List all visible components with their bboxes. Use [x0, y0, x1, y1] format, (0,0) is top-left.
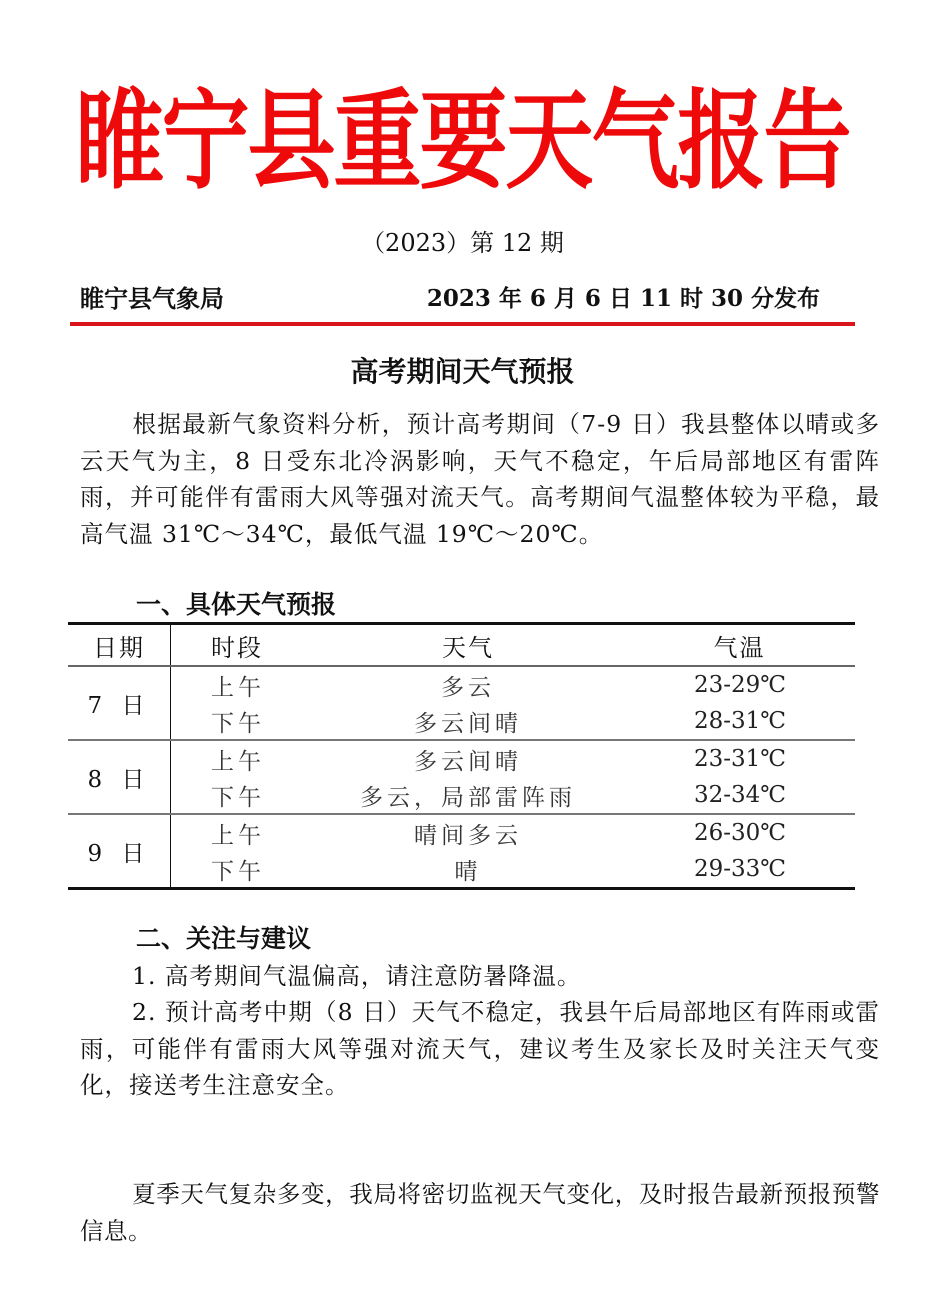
col-header-weather: 天气 [331, 624, 605, 667]
period-cell: 下午 [171, 851, 332, 889]
report-subtitle: 高考期间天气预报 [0, 352, 925, 392]
weather-cell: 多云，局部雷阵雨 [331, 777, 605, 814]
table-row: 下午 多云间晴 28-31℃ [68, 703, 855, 740]
section1-heading: 一、具体天气预报 [136, 588, 336, 622]
table-row: 下午 晴 29-33℃ [68, 851, 855, 889]
col-header-date: 日期 [68, 624, 171, 667]
weather-cell: 多云 [331, 666, 605, 703]
period-cell: 上午 [171, 666, 332, 703]
weather-cell: 晴间多云 [331, 814, 605, 851]
date-cell: 8 日 [68, 740, 171, 814]
temp-cell: 32-34℃ [605, 777, 855, 814]
date-cell: 9 日 [68, 814, 171, 889]
advice-item-1: 1. 高考期间气温偏高，请注意防暑降温。 [80, 958, 880, 995]
temp-cell: 23-29℃ [605, 666, 855, 703]
issuer-name: 睢宁县气象局 [80, 282, 224, 316]
issue-number: （2023）第 12 期 [0, 226, 925, 260]
advice-text: 1. 高考期间气温偏高，请注意防暑降温。 [132, 962, 581, 990]
temp-cell: 26-30℃ [605, 814, 855, 851]
temp-cell: 23-31℃ [605, 740, 855, 777]
table-header-row: 日期 时段 天气 气温 [68, 624, 855, 667]
table-row: 9 日 上午 晴间多云 26-30℃ [68, 814, 855, 851]
col-header-temp: 气温 [605, 624, 855, 667]
period-cell: 下午 [171, 703, 332, 740]
period-cell: 上午 [171, 740, 332, 777]
summary-paragraph: 根据最新气象资料分析，预计高考期间（7-9 日）我县整体以晴或多云天气为主，8 … [80, 406, 880, 552]
date-cell: 7 日 [68, 666, 171, 740]
weather-cell: 晴 [331, 851, 605, 889]
section2-heading: 二、关注与建议 [136, 922, 311, 956]
header-divider [70, 322, 855, 326]
temp-cell: 28-31℃ [605, 703, 855, 740]
report-title: 睢宁县重要天气报告 [0, 62, 925, 221]
closing-paragraph: 夏季天气复杂多变，我局将密切监视天气变化，及时报告最新预报预警信息。 [80, 1176, 880, 1249]
publish-time: 2023 年 6 月 6 日 11 时 30 分发布 [427, 282, 820, 316]
weather-cell: 多云间晴 [331, 740, 605, 777]
period-cell: 下午 [171, 777, 332, 814]
summary-text: 根据最新气象资料分析，预计高考期间（7-9 日）我县整体以晴或多云天气为主，8 … [80, 410, 880, 548]
closing-text: 夏季天气复杂多变，我局将密切监视天气变化，及时报告最新预报预警信息。 [80, 1180, 880, 1245]
table-row: 8 日 上午 多云间晴 23-31℃ [68, 740, 855, 777]
period-cell: 上午 [171, 814, 332, 851]
forecast-table: 日期 时段 天气 气温 7 日 上午 多云 23-29℃ 下午 多云间晴 28-… [68, 622, 855, 890]
table-row: 下午 多云，局部雷阵雨 32-34℃ [68, 777, 855, 814]
table-row: 7 日 上午 多云 23-29℃ [68, 666, 855, 703]
temp-cell: 29-33℃ [605, 851, 855, 889]
col-header-period: 时段 [171, 624, 332, 667]
advice-text: 2. 预计高考中期（8 日）天气不稳定，我县午后局部地区有阵雨或雷雨，可能伴有雷… [80, 998, 880, 1099]
weather-cell: 多云间晴 [331, 703, 605, 740]
advice-item-2: 2. 预计高考中期（8 日）天气不稳定，我县午后局部地区有阵雨或雷雨，可能伴有雷… [80, 994, 880, 1104]
